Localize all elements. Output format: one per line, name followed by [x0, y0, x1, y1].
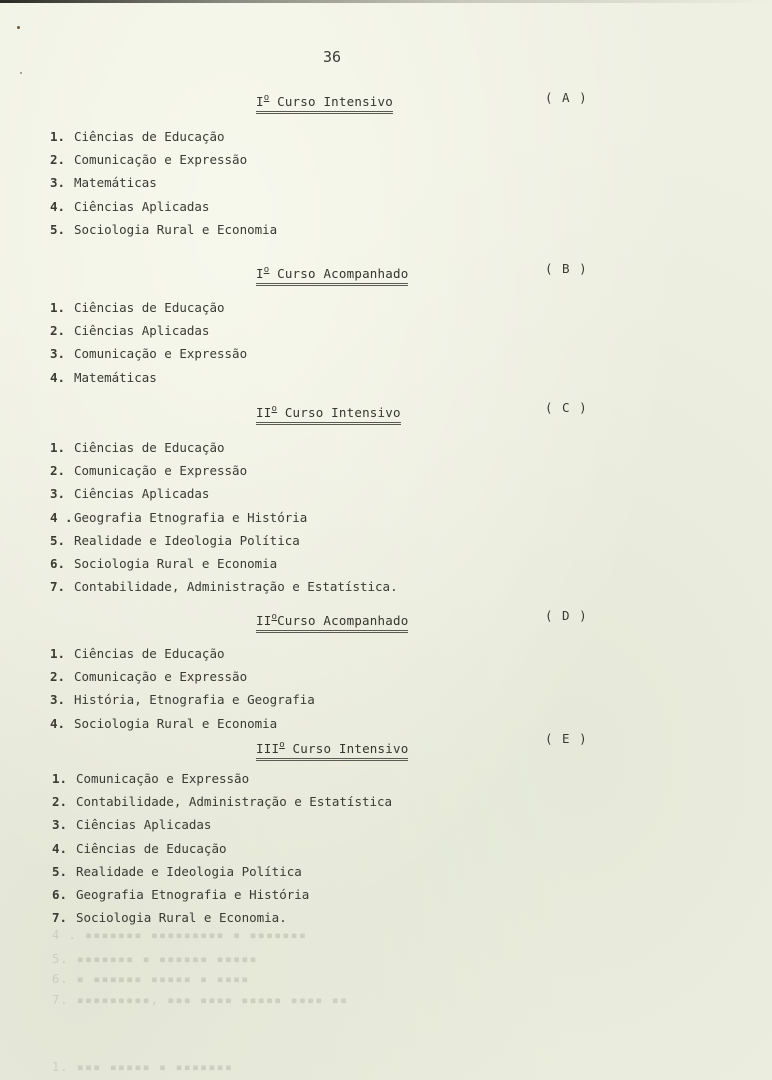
list-item: 3.Matemáticas [50, 171, 277, 194]
section-heading-a: Io Curso Intensivo [256, 90, 393, 114]
list-item: 5.Realidade e Ideologia Política [52, 860, 392, 883]
subject-list-c: 1.Ciências de Educação 2.Comunicação e E… [50, 436, 398, 598]
section-letter-b: ( B ) [545, 261, 588, 276]
paper-speck [20, 72, 22, 74]
bleed-through-mark: 6. ▪ ▪▪▪▪▪▪ ▪▪▪▪▪ ▪ ▪▪▪▪ [52, 972, 249, 986]
page-number: 36 [323, 48, 341, 66]
document-page: 36 Io Curso Intensivo ( A ) 1.Ciências d… [0, 0, 772, 1080]
subject-list-a: 1.Ciências de Educação 2.Comunicação e E… [50, 125, 277, 241]
list-item: 1.Ciências de Educação [50, 436, 398, 459]
subject-list-d: 1.Ciências de Educação 2.Comunicação e E… [50, 642, 315, 735]
list-item: 6.Sociologia Rural e Economia [50, 552, 398, 575]
section-letter-c: ( C ) [545, 400, 588, 415]
section-heading-c: IIo Curso Intensivo [256, 401, 401, 425]
list-item: 5.Sociologia Rural e Economia [50, 218, 277, 241]
section-letter-d: ( D ) [545, 608, 588, 623]
list-item: 3.Ciências Aplicadas [52, 813, 392, 836]
list-item: 1.Comunicação e Expressão [52, 767, 392, 790]
section-heading-e: IIIo Curso Intensivo [256, 737, 408, 761]
subject-list-b: 1.Ciências de Educação 2.Ciências Aplica… [50, 296, 247, 389]
list-item: 1.Ciências de Educação [50, 642, 315, 665]
list-item: 7.Sociologia Rural e Economia. [52, 906, 392, 929]
subject-list-e: 1.Comunicação e Expressão 2.Contabilidad… [52, 767, 392, 929]
list-item: 4.Sociologia Rural e Economia [50, 712, 315, 735]
list-item: 2.Ciências Aplicadas [50, 319, 247, 342]
list-item: 4 .Geografia Etnografia e História [50, 506, 398, 529]
list-item: 1.Ciências de Educação [50, 125, 277, 148]
list-item: 4.Matemáticas [50, 366, 247, 389]
list-item: 2.Comunicação e Expressão [50, 459, 398, 482]
section-letter-a: ( A ) [545, 90, 588, 105]
list-item: 4.Ciências de Educação [52, 837, 392, 860]
list-item: 6.Geografia Etnografia e História [52, 883, 392, 906]
section-heading-d: IIoCurso Acompanhado [256, 609, 408, 633]
list-item: 7.Contabilidade, Administração e Estatís… [50, 575, 398, 598]
bleed-through-mark: 5. ▪▪▪▪▪▪▪ ▪ ▪▪▪▪▪▪ ▪▪▪▪▪ [52, 952, 258, 966]
list-item: 5.Realidade e Ideologia Política [50, 529, 398, 552]
section-heading-b: Io Curso Acompanhado [256, 262, 408, 286]
list-item: 3.História, Etnografia e Geografia [50, 688, 315, 711]
list-item: 3.Ciências Aplicadas [50, 482, 398, 505]
list-item: 3.Comunicação e Expressão [50, 342, 247, 365]
scan-edge [0, 0, 772, 3]
bleed-through-mark: 7. ▪▪▪▪▪▪▪▪▪, ▪▪▪ ▪▪▪▪ ▪▪▪▪▪ ▪▪▪▪ ▪▪ [52, 993, 348, 1007]
list-item: 2.Comunicação e Expressão [50, 148, 277, 171]
list-item: 2.Contabilidade, Administração e Estatís… [52, 790, 392, 813]
section-letter-e: ( E ) [545, 731, 588, 746]
paper-speck [17, 26, 20, 29]
bleed-through-mark: 1. ▪▪▪ ▪▪▪▪▪ ▪ ▪▪▪▪▪▪▪ [52, 1060, 233, 1074]
list-item: 4.Ciências Aplicadas [50, 195, 277, 218]
list-item: 2.Comunicação e Expressão [50, 665, 315, 688]
bleed-through-mark: 4 . ▪▪▪▪▪▪▪ ▪▪▪▪▪▪▪▪▪ ▪ ▪▪▪▪▪▪▪ [52, 928, 307, 942]
list-item: 1.Ciências de Educação [50, 296, 247, 319]
